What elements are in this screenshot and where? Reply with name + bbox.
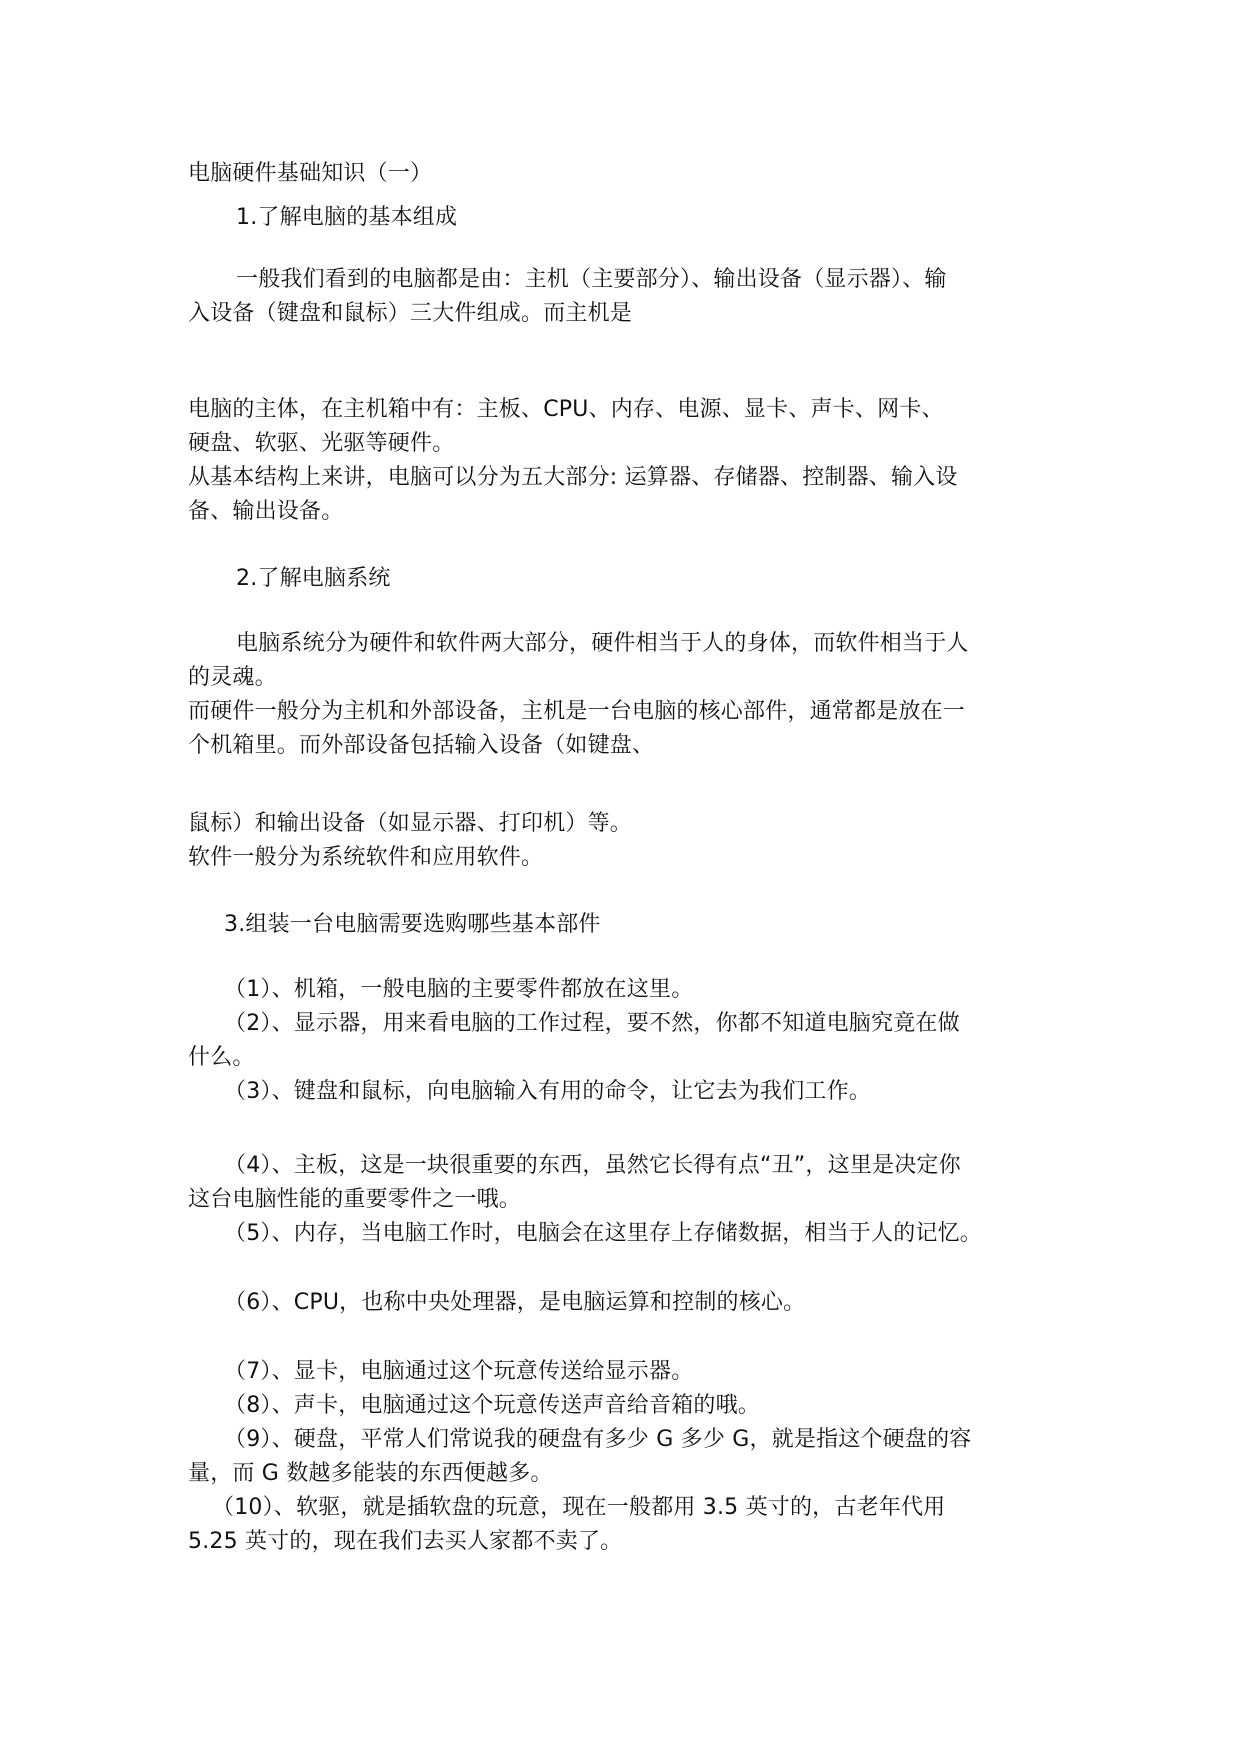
paragraph-line: 鼠标）和输出设备（如显示器、打印机）等。	[188, 807, 1068, 841]
paragraph-line: 从基本结构上来讲，电脑可以分为五大部分: 运算器、存储器、控制器、输入设	[188, 461, 1068, 495]
list-item: （1）、机箱，一般电脑的主要零件都放在这里。	[224, 973, 1104, 1007]
list-item-continuation: 量，而 G 数越多能装的东西便越多。	[188, 1457, 1068, 1491]
list-item: （7）、显卡，电脑通过这个玩意传送给显示器。	[224, 1355, 1104, 1389]
paragraph-line: 而硬件一般分为主机和外部设备，主机是一台电脑的核心部件，通常都是放在一	[188, 695, 1068, 729]
list-item: （2）、显示器，用来看电脑的工作过程，要不然，你都不知道电脑究竟在做	[224, 1007, 1104, 1041]
paragraph-line: 电脑系统分为硬件和软件两大部分，硬件相当于人的身体，而软件相当于人	[236, 627, 1116, 661]
paragraph-line: 个机箱里。而外部设备包括输入设备（如键盘、	[188, 729, 1068, 763]
paragraph-line: 硬盘、软驱、光驱等硬件。	[188, 427, 1068, 461]
paragraph-line: 软件一般分为系统软件和应用软件。	[188, 841, 1068, 875]
paragraph-line: 入设备（键盘和鼠标）三大件组成。而主机是	[188, 297, 1068, 331]
list-item-continuation: 什么。	[188, 1041, 1068, 1075]
list-item: （10）、软驱，就是插软盘的玩意，现在一般都用 3.5 英寸的，古老年代用	[212, 1491, 1092, 1525]
list-item: （9）、硬盘，平常人们常说我的硬盘有多少 G 多少 G，就是指这个硬盘的容	[224, 1423, 1104, 1457]
list-item: （5）、内存，当电脑工作时，电脑会在这里存上存储数据，相当于人的记忆。	[224, 1217, 1104, 1251]
list-item: （8）、声卡，电脑通过这个玩意传送声音给音箱的哦。	[224, 1389, 1104, 1423]
document-page: 电脑硬件基础知识（一） 1.了解电脑的基本组成 一般我们看到的电脑都是由：主机（…	[0, 0, 1241, 1754]
section-heading-1: 1.了解电脑的基本组成	[236, 201, 1116, 235]
list-item: （4）、主板，这是一块很重要的东西，虽然它长得有点“丑”，这里是决定你	[224, 1149, 1104, 1183]
paragraph-line: 的灵魂。	[188, 661, 1068, 695]
document-title: 电脑硬件基础知识（一）	[188, 157, 1068, 191]
list-item: （6）、CPU，也称中央处理器，是电脑运算和控制的核心。	[224, 1286, 1104, 1320]
list-item-continuation: 5.25 英寸的，现在我们去买人家都不卖了。	[188, 1525, 1068, 1559]
list-item: （3）、键盘和鼠标，向电脑输入有用的命令，让它去为我们工作。	[224, 1075, 1104, 1109]
section-heading-3: 3.组装一台电脑需要选购哪些基本部件	[224, 908, 1104, 942]
section-heading-2: 2.了解电脑系统	[236, 562, 1116, 596]
paragraph-line: 备、输出设备。	[188, 495, 1068, 529]
paragraph-line: 一般我们看到的电脑都是由：主机（主要部分）、输出设备（显示器）、输	[236, 263, 1116, 297]
list-item-continuation: 这台电脑性能的重要零件之一哦。	[188, 1183, 1068, 1217]
paragraph-line: 电脑的主体，在主机箱中有：主板、CPU、内存、电源、显卡、声卡、网卡、	[188, 393, 1068, 427]
